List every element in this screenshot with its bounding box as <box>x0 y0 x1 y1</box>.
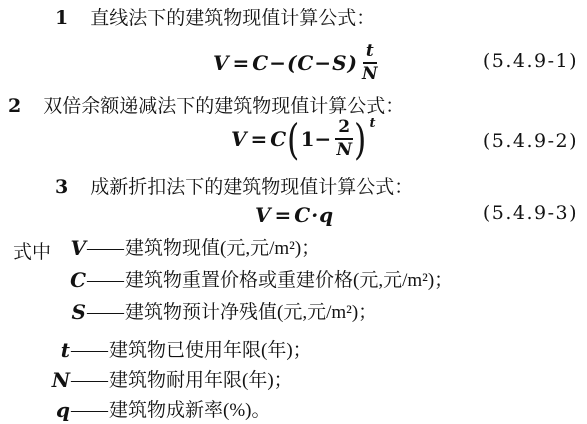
formula1-expression: C−(C−S) <box>252 51 358 75</box>
item-2-title: 双倍余额递减法下的建筑物现值计算公式： <box>43 96 404 117</box>
formula2-fraction-denominator: N <box>336 140 352 160</box>
symbol-N: N <box>46 369 70 391</box>
document-page: 1直线法下的建筑物现值计算公式： V = C−(C−S) t N (5.4.9-… <box>0 0 587 424</box>
equation-number-3: (5.4.9-3) <box>483 202 578 224</box>
symbol-S: S <box>62 301 86 323</box>
item-2-number: 2 <box>8 95 21 117</box>
definition-dash: —— <box>87 302 123 323</box>
formula2-fraction: 2 N <box>335 118 353 160</box>
symbol-V: V <box>62 237 86 259</box>
definition-row-V: V——建筑物现值(元,元/m²)； <box>62 237 320 260</box>
formula2-inner-prefix: 1− <box>301 127 332 151</box>
formula-condition-discount: V = C·q <box>255 203 334 227</box>
symbol-C: C <box>62 269 86 291</box>
formula1-fraction-denominator: N <box>362 64 378 84</box>
symbol-q: q <box>46 399 70 421</box>
definition-dash: —— <box>87 238 123 259</box>
symbol-t: t <box>46 339 70 361</box>
formula-double-declining: V = C ( 1− 2 N ) t <box>231 118 376 160</box>
item-1-heading: 1直线法下的建筑物现值计算公式： <box>55 7 375 30</box>
item-2-heading: 2双倍余额递减法下的建筑物现值计算公式： <box>8 95 404 118</box>
definition-dash: —— <box>71 400 107 421</box>
item-1-number: 1 <box>55 7 68 29</box>
item-1-title: 直线法下的建筑物现值计算公式： <box>90 8 375 29</box>
formula1-equals: = <box>233 51 250 75</box>
formula2-equals: = <box>251 127 268 151</box>
formula2-fraction-numerator: 2 <box>335 118 353 140</box>
formula3-lhs: V <box>255 203 271 227</box>
definition-row-N: N——建筑物耐用年限(年)； <box>46 369 293 392</box>
definition-desc-C: 建筑物重置价格或重建价格(元,元/m²)； <box>125 270 453 291</box>
definition-desc-q: 建筑物成新率(%)。 <box>109 400 270 421</box>
where-label: 式中 <box>13 237 51 264</box>
formula1-lhs: V <box>213 51 229 75</box>
definition-dash: —— <box>71 340 107 361</box>
formula1-fraction: t N <box>362 42 378 84</box>
formula3-rhs: C·q <box>294 203 334 227</box>
equation-number-2: (5.4.9-2) <box>483 130 578 152</box>
formula-straight-line: V = C−(C−S) t N <box>213 42 378 84</box>
definition-row-q: q——建筑物成新率(%)。 <box>46 399 270 422</box>
formula3-equals: = <box>275 203 292 227</box>
definition-dash: —— <box>71 370 107 391</box>
definition-desc-N: 建筑物耐用年限(年)； <box>109 370 293 391</box>
formula2-coefficient: C <box>270 127 286 151</box>
definition-desc-t: 建筑物已使用年限(年)； <box>109 340 312 361</box>
definition-dash: —— <box>87 270 123 291</box>
definition-row-t: t——建筑物已使用年限(年)； <box>46 339 312 362</box>
formula2-lhs: V <box>231 127 247 151</box>
item-3-title: 成新折扣法下的建筑物现值计算公式： <box>90 177 413 198</box>
equation-number-1: (5.4.9-1) <box>483 50 578 72</box>
formula2-exponent: t <box>370 116 376 131</box>
definition-desc-S: 建筑物预计净残值(元,元/m²)； <box>125 302 377 323</box>
definition-desc-V: 建筑物现值(元,元/m²)； <box>125 238 320 259</box>
item-3-number: 3 <box>55 176 68 198</box>
definition-row-C: C——建筑物重置价格或重建价格(元,元/m²)； <box>62 269 453 292</box>
definition-row-S: S——建筑物预计净残值(元,元/m²)； <box>62 301 377 324</box>
formula1-fraction-numerator: t <box>363 42 377 64</box>
item-3-heading: 3成新折扣法下的建筑物现值计算公式： <box>55 176 413 199</box>
